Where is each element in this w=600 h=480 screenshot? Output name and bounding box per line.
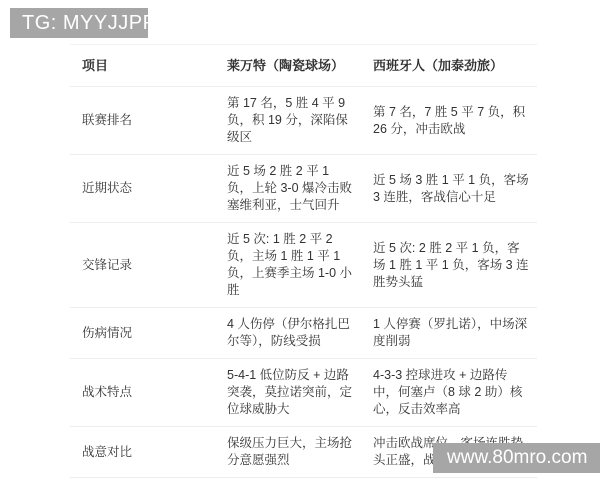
levante-cell: 5-4-1 低位防反 + 边路突袭，莫拉诺突前，定位球威胁大 <box>215 359 361 427</box>
levante-cell: 4 人伤停（伊尔格扎巴尔等），防线受损 <box>215 308 361 359</box>
table-row-head-to-head: 交锋记录 近 5 次: 1 胜 2 平 2 负，主场 1 胜 1 平 1 负，上… <box>70 223 537 308</box>
table-row-league-rank: 联赛排名 第 17 名，5 胜 4 平 9 负，积 19 分，深陷保级区 第 7… <box>70 87 537 155</box>
table-row-injuries: 伤病情况 4 人伤停（伊尔格扎巴尔等），防线受损 1 人停赛（罗扎诺），中场深度… <box>70 308 537 359</box>
column-header-item: 项目 <box>70 45 215 87</box>
row-label: 联赛排名 <box>70 87 215 155</box>
espanyol-cell: 近 5 次: 2 胜 2 平 1 负，客场 1 胜 1 平 1 负，客场 3 连… <box>361 223 537 308</box>
levante-cell: 近 5 场 2 胜 2 平 1 负，上轮 3-0 爆冷击败塞维利亚，士气回升 <box>215 155 361 223</box>
page: TG: MYYJJPP 项目 莱万特（陶瓷球场） 西班牙人（加泰劲旅） 联赛排名… <box>0 0 600 480</box>
row-label: 交锋记录 <box>70 223 215 308</box>
row-label: 伤病情况 <box>70 308 215 359</box>
table-row-tactics: 战术特点 5-4-1 低位防反 + 边路突袭，莫拉诺突前，定位球威胁大 4-3-… <box>70 359 537 427</box>
row-label: 战意对比 <box>70 427 215 478</box>
levante-cell: 第 17 名，5 胜 4 平 9 负，积 19 分，深陷保级区 <box>215 87 361 155</box>
table-header-row: 项目 莱万特（陶瓷球场） 西班牙人（加泰劲旅） <box>70 45 537 87</box>
telegram-contact-badge: TG: MYYJJPP <box>10 8 148 38</box>
levante-cell: 近 5 次: 1 胜 2 平 2 负，主场 1 胜 1 平 1 负，上赛季主场 … <box>215 223 361 308</box>
column-header-levante: 莱万特（陶瓷球场） <box>215 45 361 87</box>
espanyol-cell: 第 7 名，7 胜 5 平 7 负，积 26 分，冲击欧战 <box>361 87 537 155</box>
espanyol-cell: 1 人停赛（罗扎诺），中场深度削弱 <box>361 308 537 359</box>
website-watermark-badge: www.80mro.com <box>433 443 600 473</box>
espanyol-cell: 近 5 场 3 胜 1 平 1 负，客场 3 连胜，客战信心十足 <box>361 155 537 223</box>
table-row-recent-form: 近期状态 近 5 场 2 胜 2 平 1 负，上轮 3-0 爆冷击败塞维利亚，士… <box>70 155 537 223</box>
row-label: 近期状态 <box>70 155 215 223</box>
row-label: 战术特点 <box>70 359 215 427</box>
match-comparison-table: 项目 莱万特（陶瓷球场） 西班牙人（加泰劲旅） 联赛排名 第 17 名，5 胜 … <box>70 44 537 478</box>
column-header-espanyol: 西班牙人（加泰劲旅） <box>361 45 537 87</box>
levante-cell: 保级压力巨大，主场抢分意愿强烈 <box>215 427 361 478</box>
espanyol-cell: 4-3-3 控球进攻 + 边路传中，何塞卢（8 球 2 助）核心，反击效率高 <box>361 359 537 427</box>
